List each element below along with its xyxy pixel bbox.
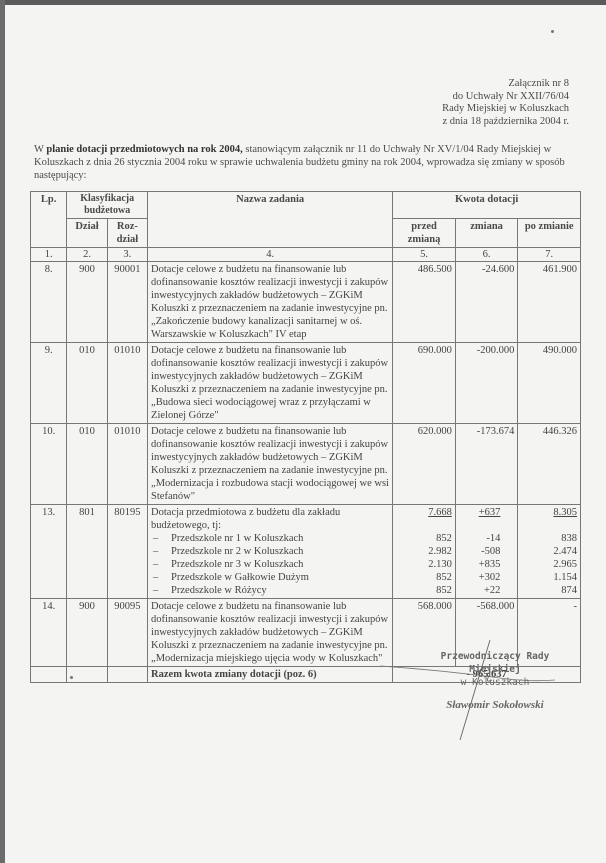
list-item: Przedszkole w Różycy: [151, 584, 389, 597]
row-rozdzial: 01010: [107, 424, 147, 505]
sub-po: 1.154: [521, 571, 577, 584]
col-number: 3.: [107, 248, 147, 262]
stamp-title: Przewodniczący Rady Miejskiej: [420, 650, 570, 676]
row-nazwa: Dotacje celowe z budżetu na finansowanie…: [148, 262, 393, 343]
intro-bold: planie dotacji przedmiotowych na rok 200…: [46, 144, 242, 155]
row-nazwa: Dotacja przedmiotowa z budżetu dla zakła…: [148, 505, 393, 599]
stamp-location: w Koluszkach: [420, 676, 570, 689]
header-zmiana: zmiana: [455, 219, 518, 248]
row-dzial: 900: [67, 262, 107, 343]
header-rozdzial: Roz-dział: [107, 219, 147, 248]
header-klasyfikacja: Klasyfikacja budżetowa: [67, 192, 148, 219]
header-row: Lp. Klasyfikacja budżetowa Nazwa zadania…: [31, 192, 581, 219]
row-po: 461.900: [518, 262, 581, 343]
sub-zmiana: +302: [459, 571, 515, 584]
sub-zmiana: +22: [459, 584, 515, 597]
row-po: 490.000: [518, 343, 581, 424]
table-row: 8. 900 90001 Dotacje celowe z budżetu na…: [31, 262, 581, 343]
row-przed: 620.000: [393, 424, 456, 505]
header-nazwa: Nazwa zadania: [148, 192, 393, 248]
sub-zmiana: -14: [459, 532, 515, 545]
column-numbers-row: 1. 2. 3. 4. 5. 6. 7.: [31, 248, 581, 262]
row-dzial: 801: [67, 505, 107, 599]
sub-zmiana: -508: [459, 545, 515, 558]
row-lp: 8.: [31, 262, 67, 343]
row-zmiana: -24.600: [455, 262, 518, 343]
row-lp: 9.: [31, 343, 67, 424]
sub-po: 2.965: [521, 558, 577, 571]
row-rozdzial: 90001: [107, 262, 147, 343]
row-przed: 7.668 852 2.982 2.130 852 852: [393, 505, 456, 599]
row-nazwa: Dotacje celowe z budżetu na finansowanie…: [148, 599, 393, 667]
intro-paragraph: W planie dotacji przedmiotowych na rok 2…: [34, 143, 574, 182]
row-lp: 14.: [31, 599, 67, 667]
sub-przed: 852: [396, 571, 452, 584]
col-number: 2.: [67, 248, 107, 262]
row-lp: 13.: [31, 505, 67, 599]
annex-line: Załącznik nr 8: [442, 78, 569, 91]
summary-empty: [31, 667, 67, 683]
kindergarten-list: Przedszkole nr 1 w Koluszkach Przedszkol…: [151, 532, 389, 597]
row-zmiana: +637 -14 -508 +835 +302 +22: [455, 505, 518, 599]
row-przed-total: 7.668: [396, 506, 452, 519]
stamp-name: Sławomir Sokołowski: [420, 699, 570, 712]
sub-przed: 2.982: [396, 545, 452, 558]
row-dzial: 010: [67, 343, 107, 424]
summary-label: Razem kwota zmiany dotacji (poz. 6): [148, 667, 393, 683]
table-row: 10. 010 01010 Dotacje celowe z budżetu n…: [31, 424, 581, 505]
col-number: 7.: [518, 248, 581, 262]
row-nazwa-text: Dotacja przedmiotowa z budżetu dla zakła…: [151, 506, 389, 532]
table-row: 9. 010 01010 Dotacje celowe z budżetu na…: [31, 343, 581, 424]
header-po: po zmianie: [518, 219, 581, 248]
col-number: 5.: [393, 248, 456, 262]
col-number: 1.: [31, 248, 67, 262]
header-lp: Lp.: [31, 192, 67, 248]
sub-po: 838: [521, 532, 577, 545]
sub-zmiana: +835: [459, 558, 515, 571]
chairman-stamp: Przewodniczący Rady Miejskiej w Koluszka…: [420, 650, 570, 712]
row-lp: 10.: [31, 424, 67, 505]
row-po: 446.326: [518, 424, 581, 505]
annex-line: z dnia 18 października 2004 r.: [442, 116, 569, 129]
header-przed: przed zmianą: [393, 219, 456, 248]
row-rozdzial: 90095: [107, 599, 147, 667]
summary-empty: [107, 667, 147, 683]
header-kwota: Kwota dotacji: [393, 192, 581, 219]
row-zmiana-total: +637: [459, 506, 515, 519]
row-po-total: 8.305: [521, 506, 577, 519]
annex-line: do Uchwały Nr XXII/76/04: [442, 91, 569, 104]
intro-prefix: W: [34, 144, 46, 155]
col-number: 6.: [455, 248, 518, 262]
list-item: Przedszkole nr 3 w Koluszkach: [151, 558, 389, 571]
annex-header: Załącznik nr 8 do Uchwały Nr XXII/76/04 …: [442, 78, 569, 128]
scan-speck: [551, 30, 554, 33]
list-item: Przedszkole nr 1 w Koluszkach: [151, 532, 389, 545]
row-rozdzial: 80195: [107, 505, 147, 599]
summary-empty: [67, 667, 107, 683]
list-item: Przedszkole nr 2 w Koluszkach: [151, 545, 389, 558]
row-po: 8.305 838 2.474 2.965 1.154 874: [518, 505, 581, 599]
row-przed: 690.000: [393, 343, 456, 424]
header-dzial: Dział: [67, 219, 107, 248]
row-zmiana: -200.000: [455, 343, 518, 424]
sub-przed: 852: [396, 532, 452, 545]
row-nazwa: Dotacje celowe z budżetu na finansowanie…: [148, 424, 393, 505]
col-number: 4.: [148, 248, 393, 262]
list-item: Przedszkole w Gałkowie Dużym: [151, 571, 389, 584]
row-rozdzial: 01010: [107, 343, 147, 424]
table-row: 13. 801 80195 Dotacja przedmiotowa z bud…: [31, 505, 581, 599]
sub-przed: 2.130: [396, 558, 452, 571]
row-dzial: 900: [67, 599, 107, 667]
row-przed: 486.500: [393, 262, 456, 343]
row-zmiana: -173.674: [455, 424, 518, 505]
sub-przed: 852: [396, 584, 452, 597]
scan-speck: [70, 676, 73, 679]
row-nazwa: Dotacje celowe z budżetu na finansowanie…: [148, 343, 393, 424]
annex-line: Rady Miejskiej w Koluszkach: [442, 103, 569, 116]
sub-po: 874: [521, 584, 577, 597]
sub-po: 2.474: [521, 545, 577, 558]
row-dzial: 010: [67, 424, 107, 505]
subsidy-table: Lp. Klasyfikacja budżetowa Nazwa zadania…: [30, 191, 581, 683]
